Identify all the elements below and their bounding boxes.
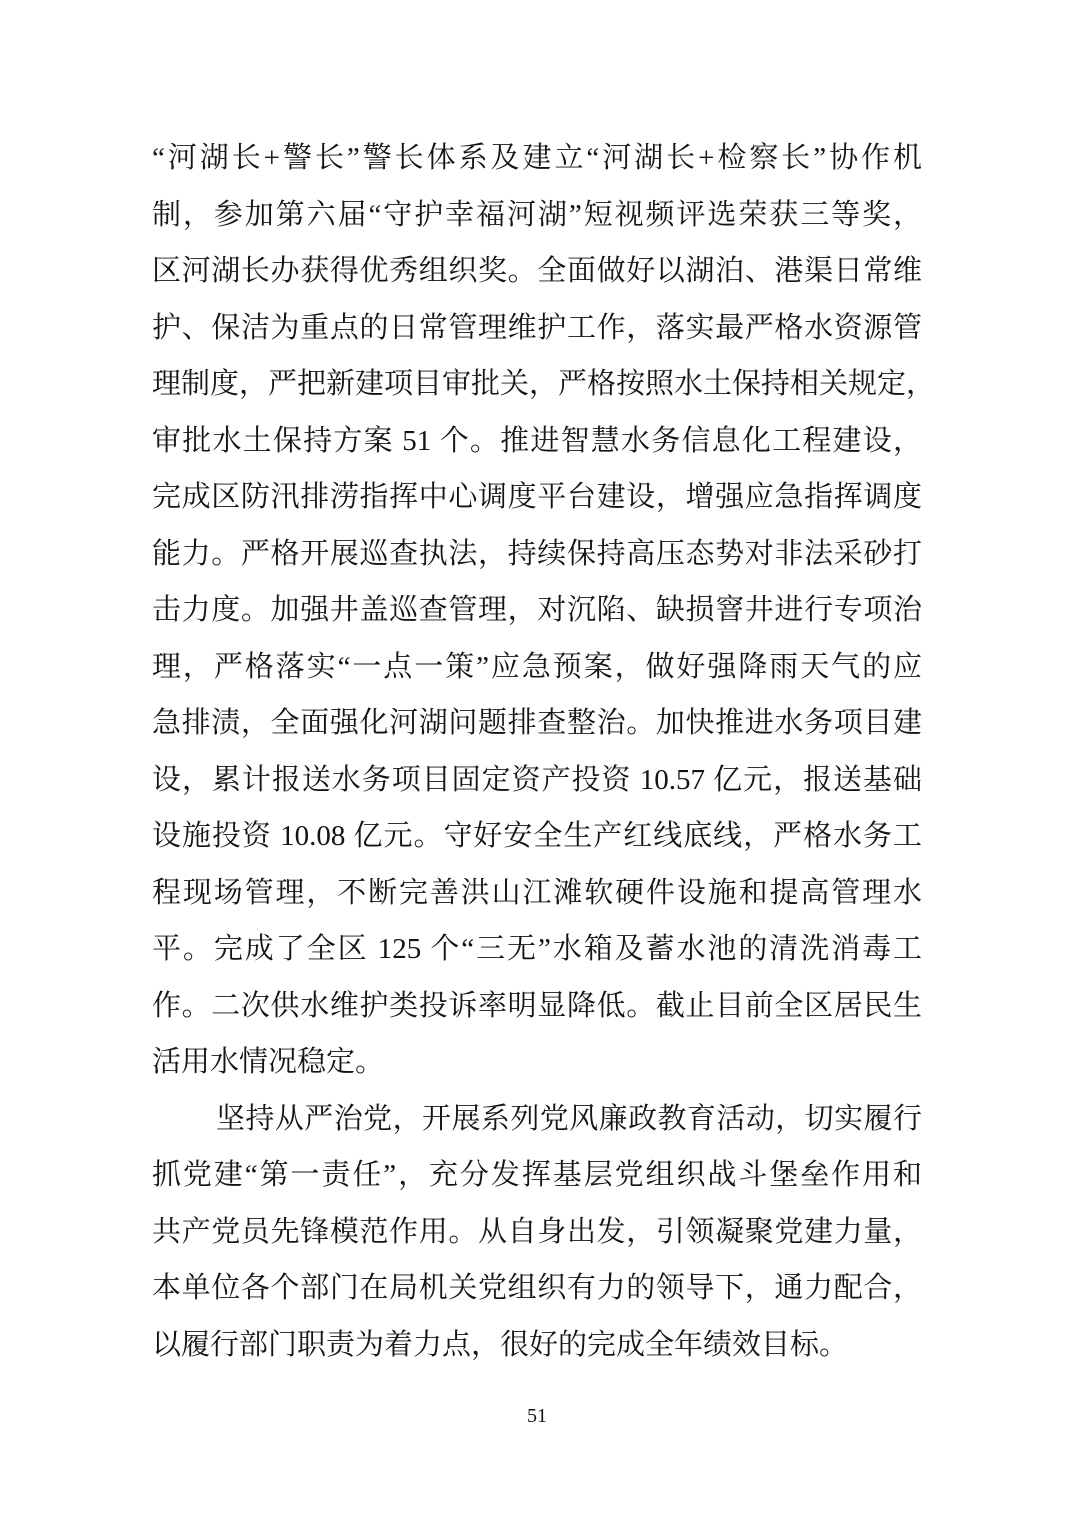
text-line: 作。二次供水维护类投诉率明显降低。截止目前全区居民生 (152, 978, 922, 1035)
text-line: 活用水情况稳定。 (152, 1034, 922, 1091)
page-number: 51 (0, 1401, 1074, 1431)
text-line: 急排渍，全面强化河湖问题排查整治。加快推进水务项目建 (152, 695, 922, 752)
text-line: 以履行部门职责为着力点，很好的完成全年绩效目标。 (152, 1317, 922, 1374)
text-line: 理制度，严把新建项目审批关，严格按照水土保持相关规定， (152, 356, 922, 413)
text-line: 完成区防汛排涝指挥中心调度平台建设，增强应急指挥调度 (152, 469, 922, 526)
text-line: 抓党建“第一责任”，充分发挥基层党组织战斗堡垒作用和 (152, 1147, 922, 1204)
document-body: “河湖长+警长”警长体系及建立“河湖长+检察长”协作机制，参加第六届“守护幸福河… (152, 130, 922, 1373)
text-line: 本单位各个部门在局机关党组织有力的领导下，通力配合， (152, 1260, 922, 1317)
text-line: 共产党员先锋模范作用。从自身出发，引领凝聚党建力量， (152, 1204, 922, 1261)
text-line: 设施投资 10.08 亿元。守好安全生产红线底线，严格水务工 (152, 808, 922, 865)
text-line: 区河湖长办获得优秀组织奖。全面做好以湖泊、港渠日常维 (152, 243, 922, 300)
document-page: “河湖长+警长”警长体系及建立“河湖长+检察长”协作机制，参加第六届“守护幸福河… (0, 0, 1074, 1520)
text-line: 制，参加第六届“守护幸福河湖”短视频评选荣获三等奖， (152, 187, 922, 244)
text-line: 理，严格落实“一点一策”应急预案，做好强降雨天气的应 (152, 639, 922, 696)
text-line: 设，累计报送水务项目固定资产投资 10.57 亿元，报送基础 (152, 752, 922, 809)
text-line: 平。完成了全区 125 个“三无”水箱及蓄水池的清洗消毒工 (152, 921, 922, 978)
text-line: 程现场管理，不断完善洪山江滩软硬件设施和提高管理水 (152, 865, 922, 922)
text-line: “河湖长+警长”警长体系及建立“河湖长+检察长”协作机 (152, 130, 922, 187)
text-line: 能力。严格开展巡查执法，持续保持高压态势对非法采砂打 (152, 526, 922, 583)
text-line: 坚持从严治党，开展系列党风廉政教育活动，切实履行 (152, 1091, 922, 1148)
text-line: 击力度。加强井盖巡查管理，对沉陷、缺损窨井进行专项治 (152, 582, 922, 639)
paragraph: “河湖长+警长”警长体系及建立“河湖长+检察长”协作机制，参加第六届“守护幸福河… (152, 130, 922, 1091)
paragraph: 坚持从严治党，开展系列党风廉政教育活动，切实履行抓党建“第一责任”，充分发挥基层… (152, 1091, 922, 1374)
text-line: 护、保洁为重点的日常管理维护工作，落实最严格水资源管 (152, 300, 922, 357)
text-line: 审批水土保持方案 51 个。推进智慧水务信息化工程建设， (152, 413, 922, 470)
